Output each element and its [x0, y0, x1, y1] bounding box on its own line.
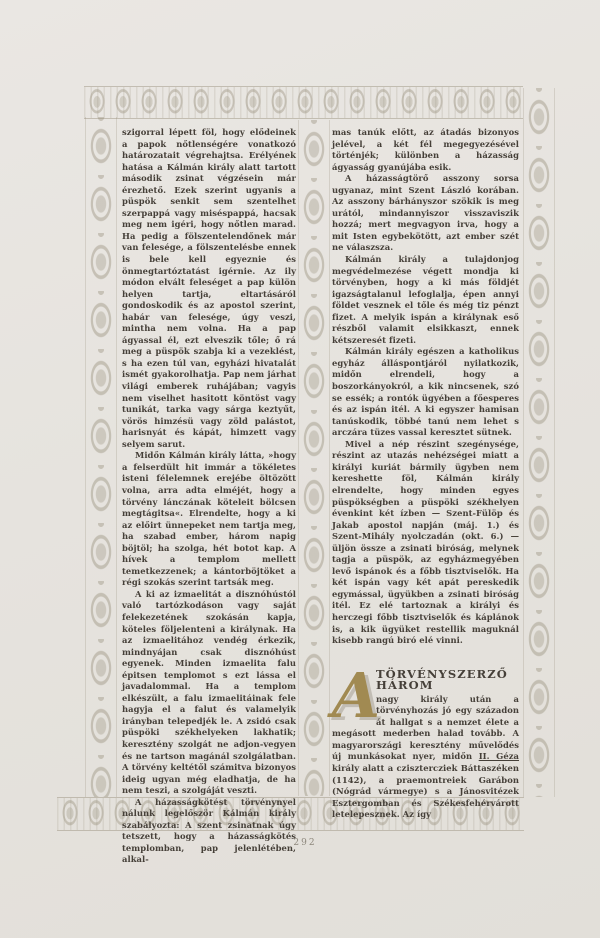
text-column-right: mas tanúk előtt, az átadás bizonyos jelé…: [332, 127, 519, 821]
paragraph-continuation: szigorral lépett föl, hogy elődeinek a p…: [122, 127, 296, 450]
section-text: király alatt a czisztercziek Báttaszéken…: [332, 763, 519, 819]
paragraph: Midőn Kálmán király látta, »hogy a felse…: [122, 450, 296, 589]
paragraph: A ki az izmaelitát a disznóhústól való t…: [122, 589, 296, 797]
paragraph-continuation: mas tanúk előtt, az átadás bizonyos jelé…: [332, 127, 519, 173]
paragraph: A házasságtörő asszony sorsa ugyanaz, mi…: [332, 173, 519, 254]
ornament-border-left: [85, 117, 117, 797]
paragraph: Kálmán király a tulajdonjog megvédelmezé…: [332, 254, 519, 346]
paragraph: A házasságkötést törvénynyel nálunk lege…: [122, 797, 296, 866]
person-name-geza: II. Géza: [479, 751, 519, 761]
drop-cap-initial: A: [332, 669, 376, 727]
paragraph: Mivel a nép részint szegénysége, részint…: [332, 439, 519, 647]
ornament-border-right: [523, 88, 555, 797]
ornament-column-divider: [298, 120, 330, 796]
book-page: szigorral lépett föl, hogy elődeinek a p…: [0, 0, 600, 938]
page-number: 292: [240, 838, 370, 848]
section-paragraph: A TÖRVÉNYSZERZŐ HÁROM nagy király után a…: [332, 669, 519, 821]
paragraph: Kálmán király egészen a katholikus egyhá…: [332, 346, 519, 438]
text-column-left: szigorral lépett föl, hogy elődeinek a p…: [122, 127, 296, 866]
ornament-border-top: [84, 86, 523, 119]
